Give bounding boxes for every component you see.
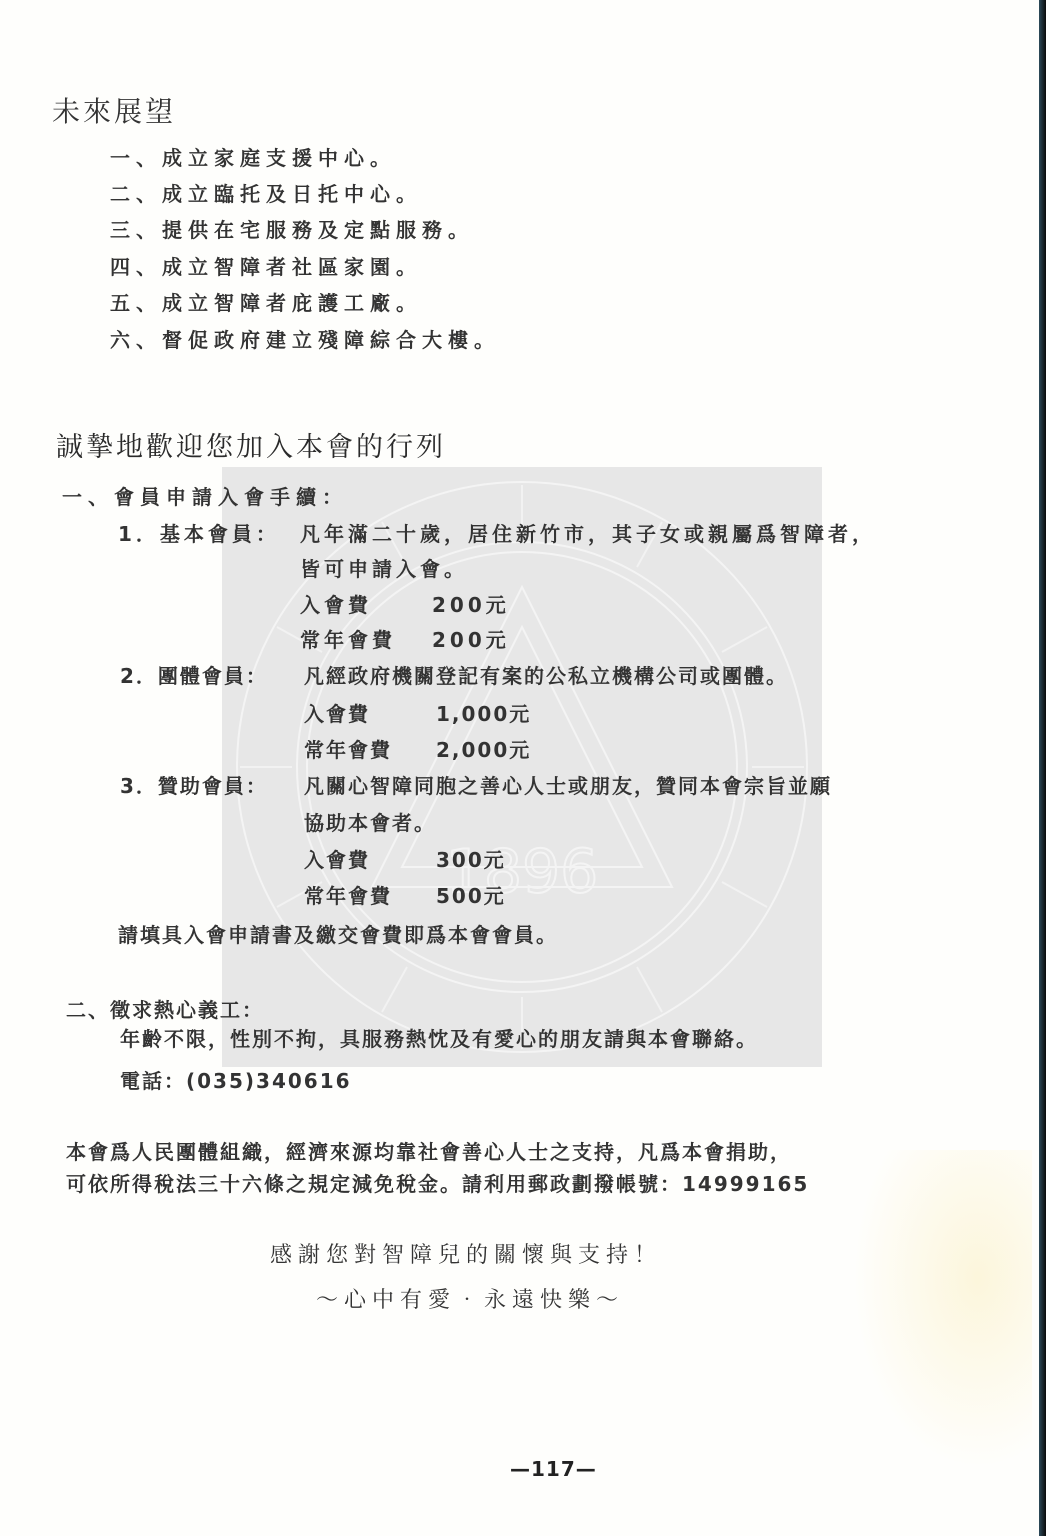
donation-tax-note: 可依所得稅法三十六條之規定減免稅金。請利用郵政劃撥帳號： (66, 1172, 682, 1196)
future-outlook-title: 未來展望 (52, 98, 176, 126)
phone-label: 電話： (120, 1069, 186, 1093)
annual-fee-label: 常年會費 (304, 886, 436, 906)
entry-fee-value: 200元 (432, 593, 510, 617)
donation-text-line1: 本會爲人民團體組織，經濟來源均靠社會善心人士之支持，凡爲本會捐助， (66, 1142, 792, 1162)
basic-member-label: 1．基本會員： (118, 524, 280, 544)
membership-note: 請填具入會申請書及繳交會費即爲本會會員。 (118, 925, 558, 945)
entry-fee-value: 300元 (436, 848, 506, 872)
future-item-4: 四、成立智障者社區家園。 (110, 257, 422, 277)
paper-stain (852, 1150, 1032, 1470)
future-item-6: 六、督促政府建立殘障綜合大樓。 (110, 330, 500, 350)
entry-fee-value: 1,000元 (436, 702, 531, 726)
annual-fee-value: 2,000元 (436, 738, 531, 762)
postal-account-number: 14999165 (682, 1172, 809, 1196)
document-page: 1896 未來展望 一、成立家庭支援中心。 二、成立臨托及日托中心。 三、提供在… (0, 0, 1039, 1536)
group-member-entry-fee: 入會費1,000元 (304, 704, 531, 724)
membership-procedure-heading: 一、會員申請入會手續： (62, 487, 348, 507)
thanks-message: 感謝您對智障兒的關懷與支持！ (270, 1245, 662, 1267)
join-title: 誠摯地歡迎您加入本會的行列 (56, 434, 446, 461)
annual-fee-label: 常年會費 (300, 630, 432, 650)
basic-member-desc-cont: 皆可申請入會。 (300, 559, 468, 579)
sponsor-member-entry-fee: 入會費300元 (304, 850, 506, 870)
phone-number: (035)340616 (186, 1069, 352, 1093)
scan-edge (1039, 0, 1046, 1536)
basic-member-annual-fee: 常年會費200元 (300, 630, 510, 650)
annual-fee-value: 200元 (432, 628, 510, 652)
basic-member-entry-fee: 入會費200元 (300, 595, 510, 615)
future-item-1: 一、成立家庭支援中心。 (110, 148, 396, 168)
sponsor-member-desc-cont: 協助本會者。 (304, 813, 436, 833)
contact-phone: 電話：(035)340616 (120, 1071, 352, 1091)
entry-fee-label: 入會費 (300, 595, 432, 615)
volunteer-heading: 二、徵求熱心義工： (66, 1000, 264, 1020)
basic-member-desc: 凡年滿二十歲，居住新竹市，其子女或親屬爲智障者， (300, 524, 876, 544)
group-member-desc: 凡經政府機關登記有案的公私立機構公司或團體。 (304, 666, 788, 686)
group-member-label: 2．團體會員： (120, 666, 268, 686)
annual-fee-label: 常年會費 (304, 740, 436, 760)
future-item-2: 二、成立臨托及日托中心。 (110, 184, 422, 204)
entry-fee-label: 入會費 (304, 704, 436, 724)
future-item-5: 五、成立智障者庇護工廠。 (110, 293, 422, 313)
group-member-annual-fee: 常年會費2,000元 (304, 740, 531, 760)
future-item-3: 三、提供在宅服務及定點服務。 (110, 220, 474, 240)
sponsor-member-desc: 凡關心智障同胞之善心人士或朋友，贊同本會宗旨並願 (304, 776, 832, 796)
volunteer-desc: 年齡不限，性別不拘，具服務熱忱及有愛心的朋友請與本會聯絡。 (120, 1029, 758, 1049)
entry-fee-label: 入會費 (304, 850, 436, 870)
page-number: —117— (510, 1459, 597, 1479)
donation-text-line2: 可依所得稅法三十六條之規定減免稅金。請利用郵政劃撥帳號：14999165 (66, 1174, 809, 1194)
sponsor-member-annual-fee: 常年會費500元 (304, 886, 506, 906)
sponsor-member-label: 3．贊助會員： (120, 776, 268, 796)
motto: ～心中有愛‧永遠快樂～ (316, 1290, 624, 1312)
annual-fee-value: 500元 (436, 884, 506, 908)
